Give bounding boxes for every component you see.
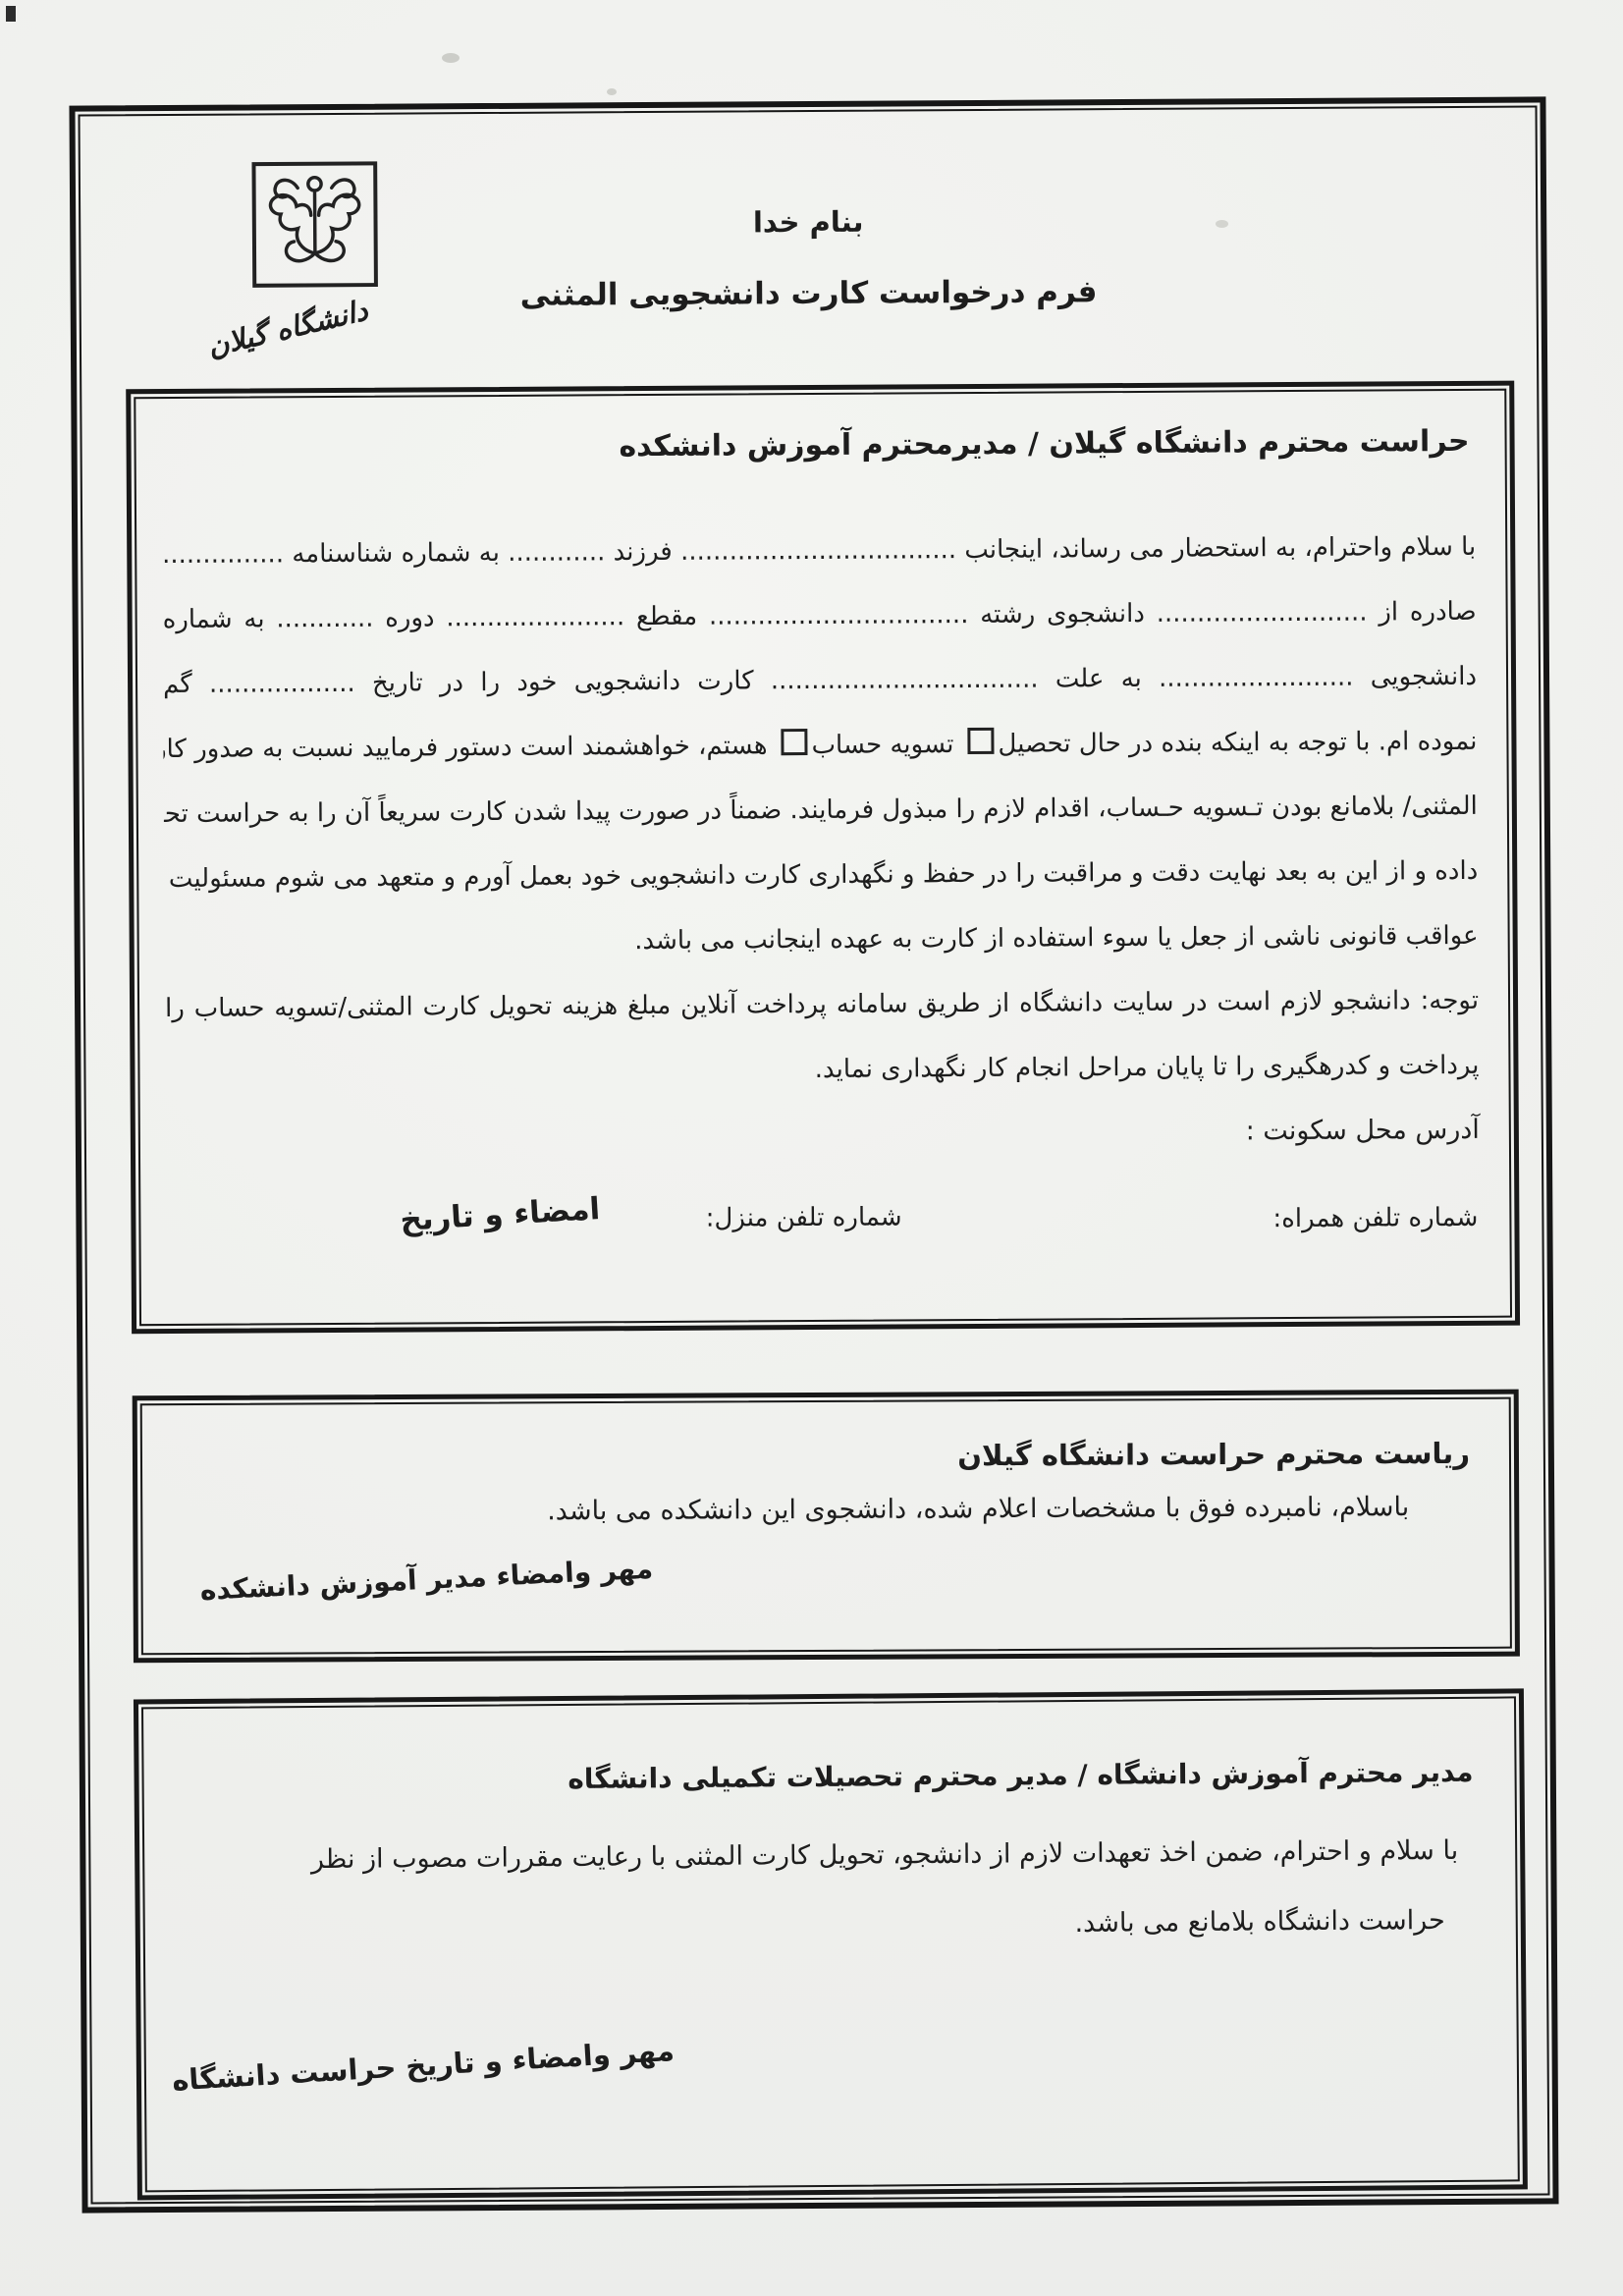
signature-date-label: امضاء و تاریخ <box>399 1191 601 1238</box>
status-checkbox-line: نموده ام. با توجه به اینکه بنده در حال ت… <box>163 710 1477 783</box>
scan-artifact <box>6 6 16 22</box>
education-director-section-heading: مدیر محترم آموزش دانشگاه / مدیر محترم تح… <box>169 1756 1473 1798</box>
education-director-section: مدیر محترم آموزش دانشگاه / مدیر محترم تح… <box>134 1688 1528 2200</box>
scan-artifact <box>442 53 460 63</box>
address-label: آدرس محل سکونت : <box>166 1099 1480 1172</box>
contact-signature-row: شماره تلفن همراه: شماره تلفن منزل: امضاء… <box>166 1189 1480 1276</box>
security-approval-line2: حراست دانشگاه بلامانع می باشد. <box>171 1905 1487 1946</box>
status-text-part1: نموده ام. با توجه به اینکه بنده در حال ت… <box>998 727 1477 759</box>
home-phone-label: شماره تلفن منزل: <box>706 1202 902 1232</box>
payment-note-line1: توجه: دانشجو لازم است در سایت دانشگاه از… <box>165 969 1479 1042</box>
payment-note-line2: پرداخت و کدرهگیری را تا پایان مراحل انجا… <box>165 1034 1479 1107</box>
field-line-name-father-id: با سلام واحترام، به استحضار می رساند، ای… <box>162 516 1476 588</box>
mobile-phone-label: شماره تلفن همراه: <box>1272 1203 1478 1233</box>
scan-artifact <box>607 88 617 95</box>
faculty-confirmation-text: باسلام، نامبرده فوق با مشخصات اعلام شده،… <box>168 1492 1480 1528</box>
scanned-page: دانشگاه گیلان بنام خدا فرم درخواست کارت … <box>0 0 1623 2296</box>
request-body-line-care: داده و از این به بعد نهایت دقت و مراقبت … <box>164 840 1478 912</box>
checkbox-studying <box>967 728 994 754</box>
page-border-frame: دانشگاه گیلان بنام خدا فرم درخواست کارت … <box>69 96 1558 2213</box>
request-body-line-liability: عواقب قانونی ناشی از جعل یا سوء استفاده … <box>164 904 1478 977</box>
security-head-section: ریاست محترم حراست دانشگاه گیلان باسلام، … <box>133 1390 1520 1664</box>
checkbox-settlement <box>781 729 807 755</box>
status-text-part2: تسویه حساب <box>811 730 953 760</box>
field-line-student-number-lost-date: دانشجویی ........................ به علت… <box>163 645 1477 718</box>
status-text-part3: هستم، خواهشمند است دستور فرمایید نسبت به… <box>163 731 767 764</box>
field-line-issued-major-level: صادره از .......................... دانش… <box>162 580 1476 653</box>
request-body-line-duplicate: المثنی/ بلامانع بودن تـسویه حـساب، اقدام… <box>164 775 1478 847</box>
security-head-section-heading: ریاست محترم حراست دانشگاه گیلان <box>168 1437 1470 1476</box>
security-stamp-label: مهر وامضاء و تاریخ حراست دانشگاه <box>171 2034 675 2098</box>
form-title: فرم درخواست کارت دانشجویی المثنی <box>77 271 1542 315</box>
request-section: حراست محترم دانشگاه گیلان / مدیرمحترم آم… <box>126 381 1520 1335</box>
faculty-education-stamp-label: مهر وامضاء مدیر آموزش دانشکده <box>199 1553 654 1607</box>
university-logo-block: دانشگاه گیلان <box>184 159 381 346</box>
security-approval-line1: با سلام و احترام، ضمن اخذ تعهدات لازم از… <box>170 1835 1486 1877</box>
